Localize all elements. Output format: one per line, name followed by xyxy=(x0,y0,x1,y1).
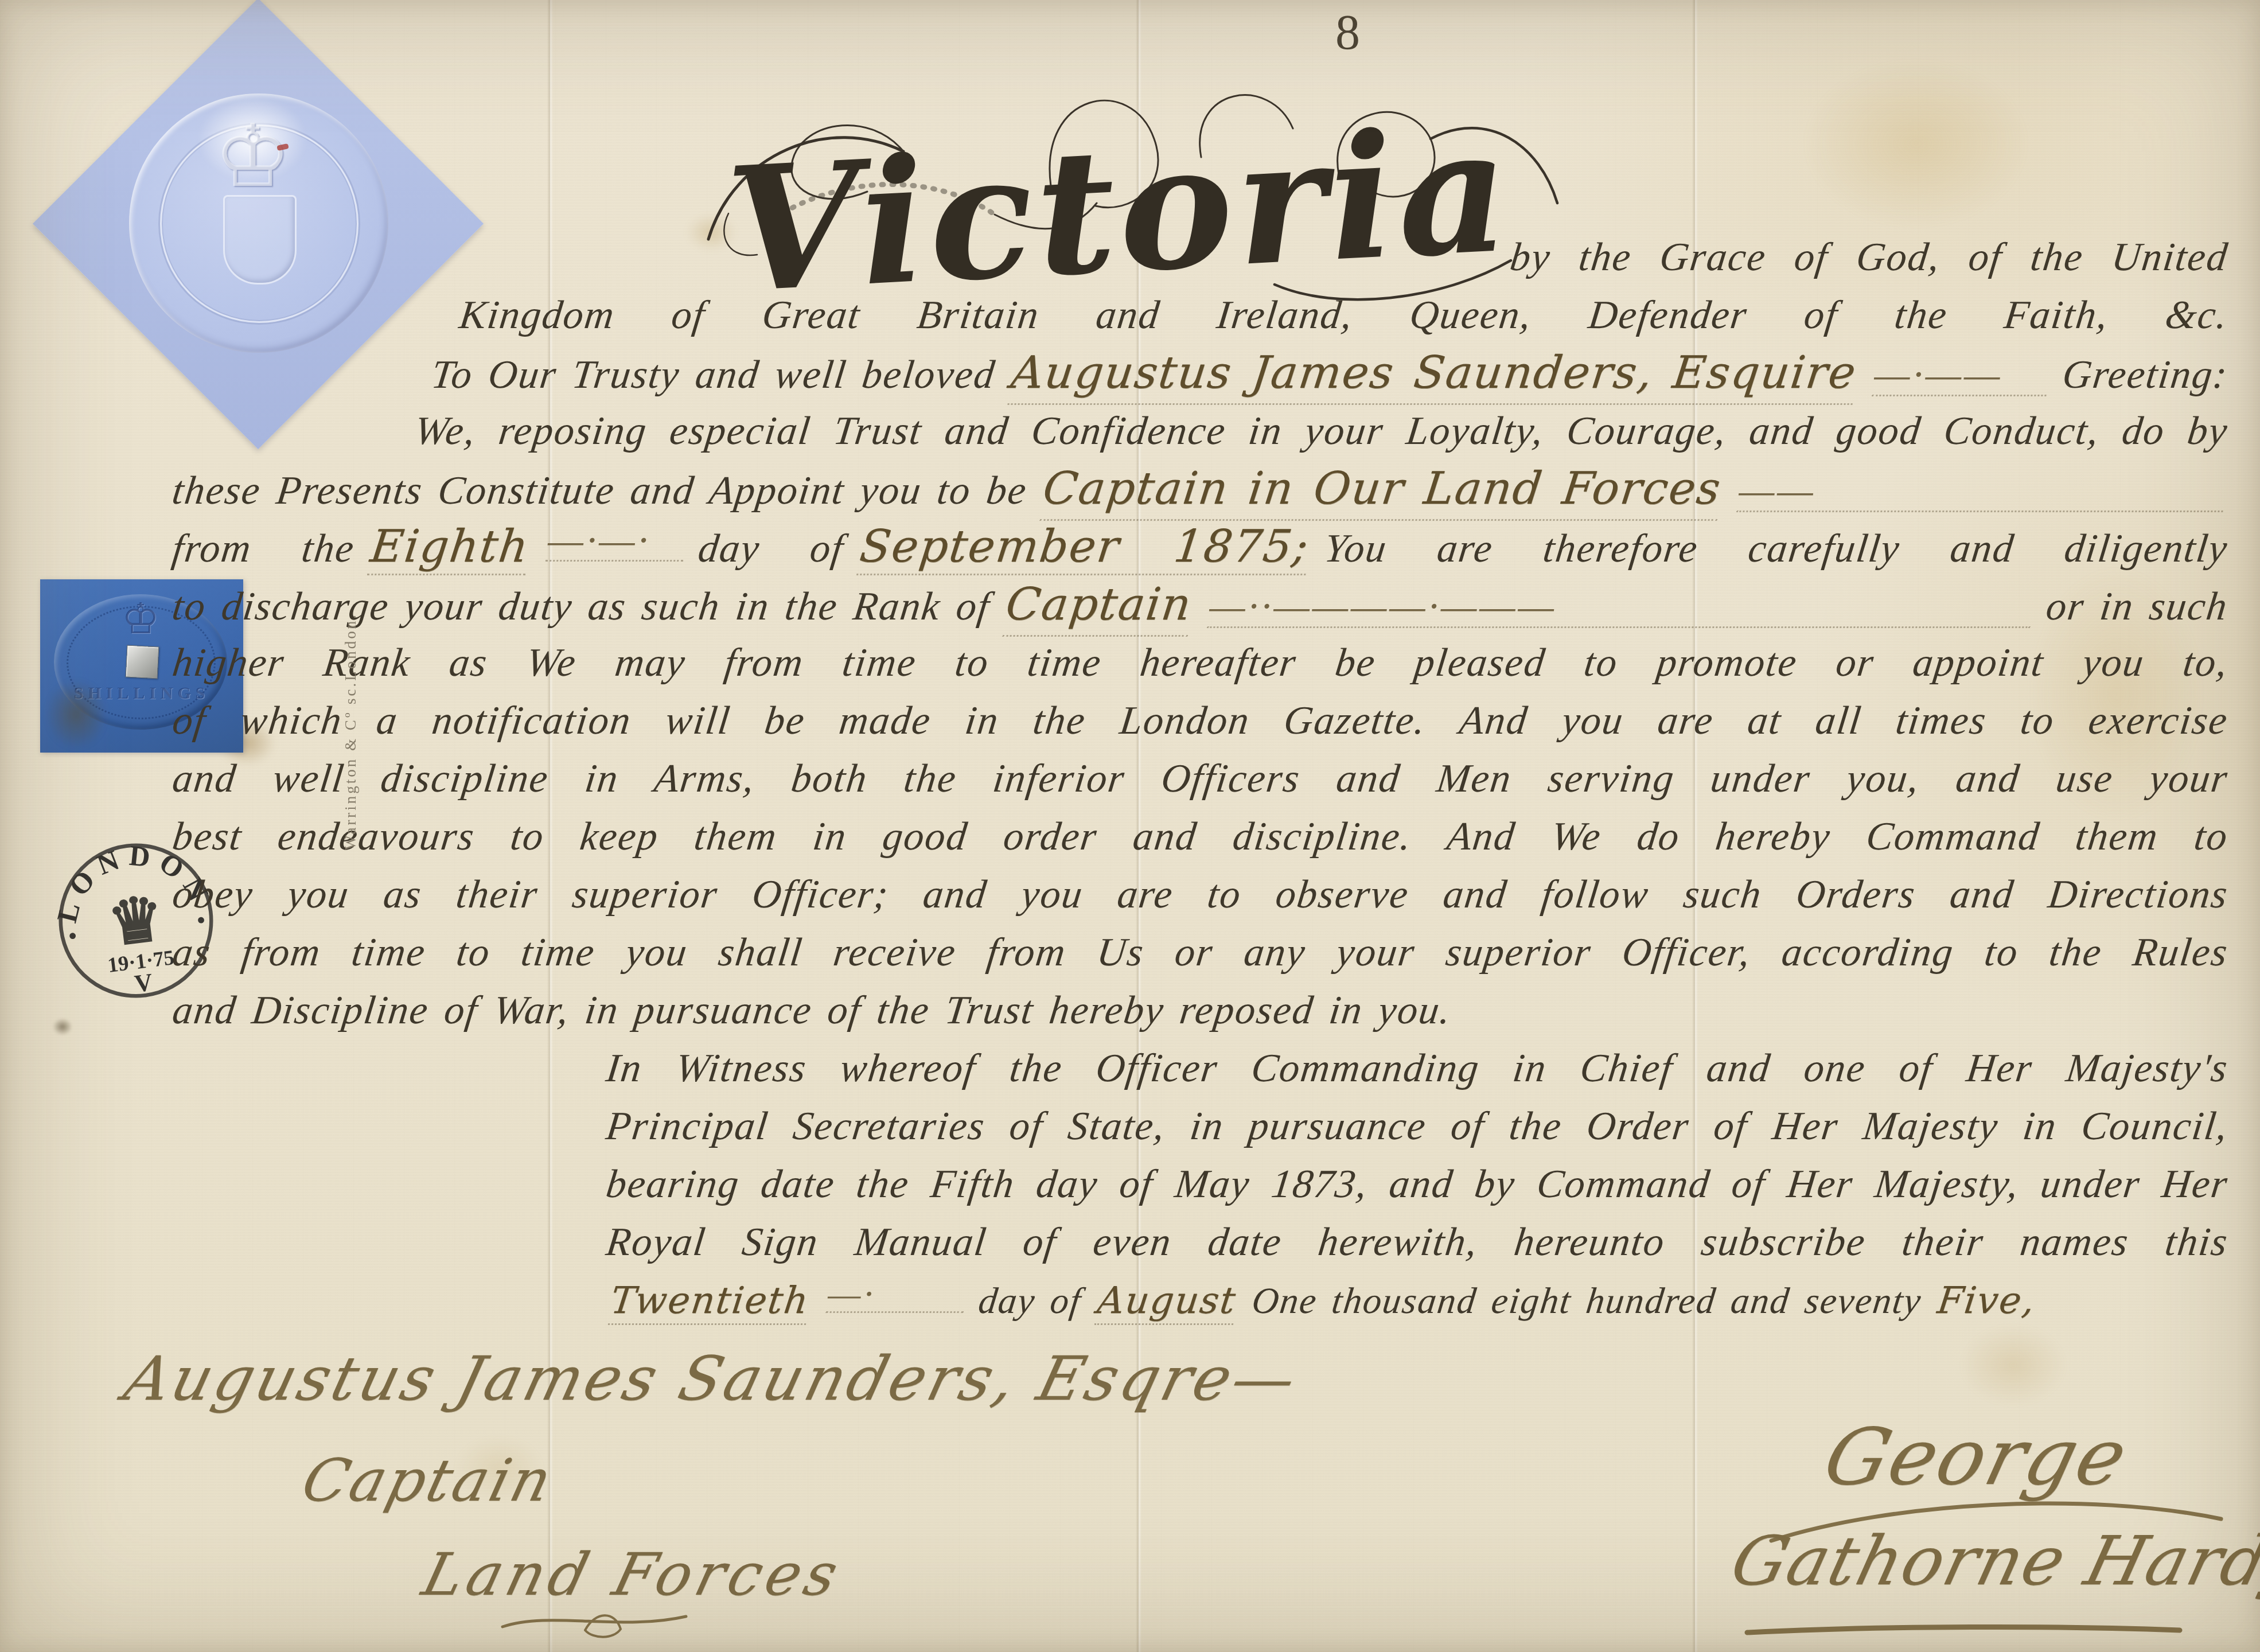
handwritten-entry: Twentieth xyxy=(608,1279,812,1325)
doc-line: In Witness whereof the Officer Commandin… xyxy=(163,1039,2237,1097)
printed-text: bearing date the Fifth day of May 1873, … xyxy=(603,1162,2230,1206)
doc-line: to discharge your duty as such in the Ra… xyxy=(163,576,2237,634)
printed-text: of which a notification will be made in … xyxy=(170,699,2230,743)
doc-line: We, reposing especial Trust and Confiden… xyxy=(163,402,2237,460)
page-number: 8 xyxy=(1335,3,1360,61)
printed-text: by the Grace of God, of the United xyxy=(1507,235,2230,279)
printed-text: day of xyxy=(976,1280,1084,1321)
doc-line: higher Rank as We may from time to time … xyxy=(163,634,2237,692)
grantee-service-annotation: Land Forces xyxy=(416,1541,849,1609)
doc-line: from theEighth—·—·day ofSeptember 1875;Y… xyxy=(163,518,2237,576)
doc-line: best endeavours to keep them in good ord… xyxy=(163,808,2237,866)
commission-document-scan: 8 Victoria by the Grace of God, of the U… xyxy=(0,0,2260,1652)
minister-signature: Gathorne Hardy xyxy=(1724,1521,2260,1600)
handwritten-entry: August xyxy=(1094,1279,1238,1325)
crown-icon: ♔ xyxy=(122,594,159,644)
printed-text: as from time to time you shall receive f… xyxy=(170,930,2230,975)
printed-text: To Our Trusty and well beloved xyxy=(428,346,999,404)
doc-line: of which a notification will be made in … xyxy=(163,692,2237,750)
printed-text: One thousand eight hundred and seventy xyxy=(1250,1280,1924,1321)
ink-spot xyxy=(49,1015,76,1038)
printed-text: and well discipline in Arms, both the in… xyxy=(170,757,2230,801)
doc-line: To Our Trusty and well belovedAugustus J… xyxy=(163,344,2237,402)
fill-rule: —·—— xyxy=(1872,356,2051,396)
printed-text: higher Rank as We may from time to time … xyxy=(170,641,2230,685)
printed-text: and Discipline of War, in pursuance of t… xyxy=(170,988,1454,1032)
fill-rule: —·—· xyxy=(545,522,688,562)
doc-line: Twentieth—·day ofAugustOne thousand eigh… xyxy=(163,1271,2237,1329)
printed-text: day of xyxy=(696,527,847,571)
fill-rule: —· xyxy=(826,1276,968,1313)
doc-line: and well discipline in Arms, both the in… xyxy=(163,750,2237,808)
doc-line: Principal Secretaries of State, in pursu… xyxy=(163,1097,2237,1155)
grantee-name-annotation: Augustus James Saunders, Esqre— xyxy=(118,1343,1306,1414)
printed-text: Kingdom of Great Britain and Ireland, Qu… xyxy=(457,293,2230,337)
printed-text: Greeting: xyxy=(2059,346,2231,404)
printed-text: or in such xyxy=(2043,578,2231,636)
printed-text: best endeavours to keep them in good ord… xyxy=(170,815,2230,859)
doc-line: these Presents Constitute and Appoint yo… xyxy=(163,460,2237,518)
printed-text: these Presents Constitute and Appoint yo… xyxy=(169,462,1031,520)
printed-text: You are therefore carefully and diligent… xyxy=(1322,527,2231,571)
signature-underline xyxy=(1744,1622,2185,1642)
printed-text: In Witness whereof the Officer Commandin… xyxy=(603,1046,2230,1090)
paper-stain xyxy=(1755,23,2076,264)
doc-line: as from time to time you shall receive f… xyxy=(163,924,2237,981)
doc-line: and Discipline of War, in pursuance of t… xyxy=(163,981,2237,1039)
stamp-stain xyxy=(33,665,119,763)
handwritten-entry: Five, xyxy=(1935,1279,2037,1322)
silver-foil-square xyxy=(126,645,159,679)
grantee-rank-annotation: Captain xyxy=(295,1447,560,1515)
doc-line: obey you as their superior Officer; and … xyxy=(163,866,2237,924)
handwritten-entry: Captain xyxy=(1002,576,1195,637)
fill-rule: —— xyxy=(1736,472,2228,512)
printed-text: Royal Sign Manual of even date herewith,… xyxy=(603,1220,2230,1264)
engraver-imprint: Warrington & Cº sc.London. xyxy=(342,613,360,850)
handwritten-entry: September 1875; xyxy=(856,521,1312,575)
stamp-code: V xyxy=(133,968,154,998)
doc-line: by the Grace of God, of the United xyxy=(163,228,2237,286)
fill-rule: —··————·——— xyxy=(1207,588,2035,628)
printed-text: from the xyxy=(170,527,357,571)
pen-flourish xyxy=(499,1604,694,1644)
doc-line: Royal Sign Manual of even date herewith,… xyxy=(163,1213,2237,1271)
handwritten-entry: Eighth xyxy=(367,521,532,575)
printed-text: to discharge your duty as such in the Ra… xyxy=(169,578,993,636)
doc-line: Kingdom of Great Britain and Ireland, Qu… xyxy=(163,286,2237,344)
doc-line: bearing date the Fifth day of May 1873, … xyxy=(163,1155,2237,1213)
printed-text: obey you as their superior Officer; and … xyxy=(170,872,2230,917)
printed-text: We, reposing especial Trust and Confiden… xyxy=(412,409,2230,453)
royal-signature: George xyxy=(1815,1412,2137,1503)
handwritten-entry: Augustus James Saunders, Esquire xyxy=(1008,344,1860,405)
document-body: by the Grace of God, of the UnitedKingdo… xyxy=(163,228,2230,1329)
printed-text: Principal Secretaries of State, in pursu… xyxy=(603,1104,2230,1148)
crown-icon: ♔ xyxy=(214,107,291,206)
handwritten-entry: Captain in Our Land Forces xyxy=(1039,460,1724,521)
